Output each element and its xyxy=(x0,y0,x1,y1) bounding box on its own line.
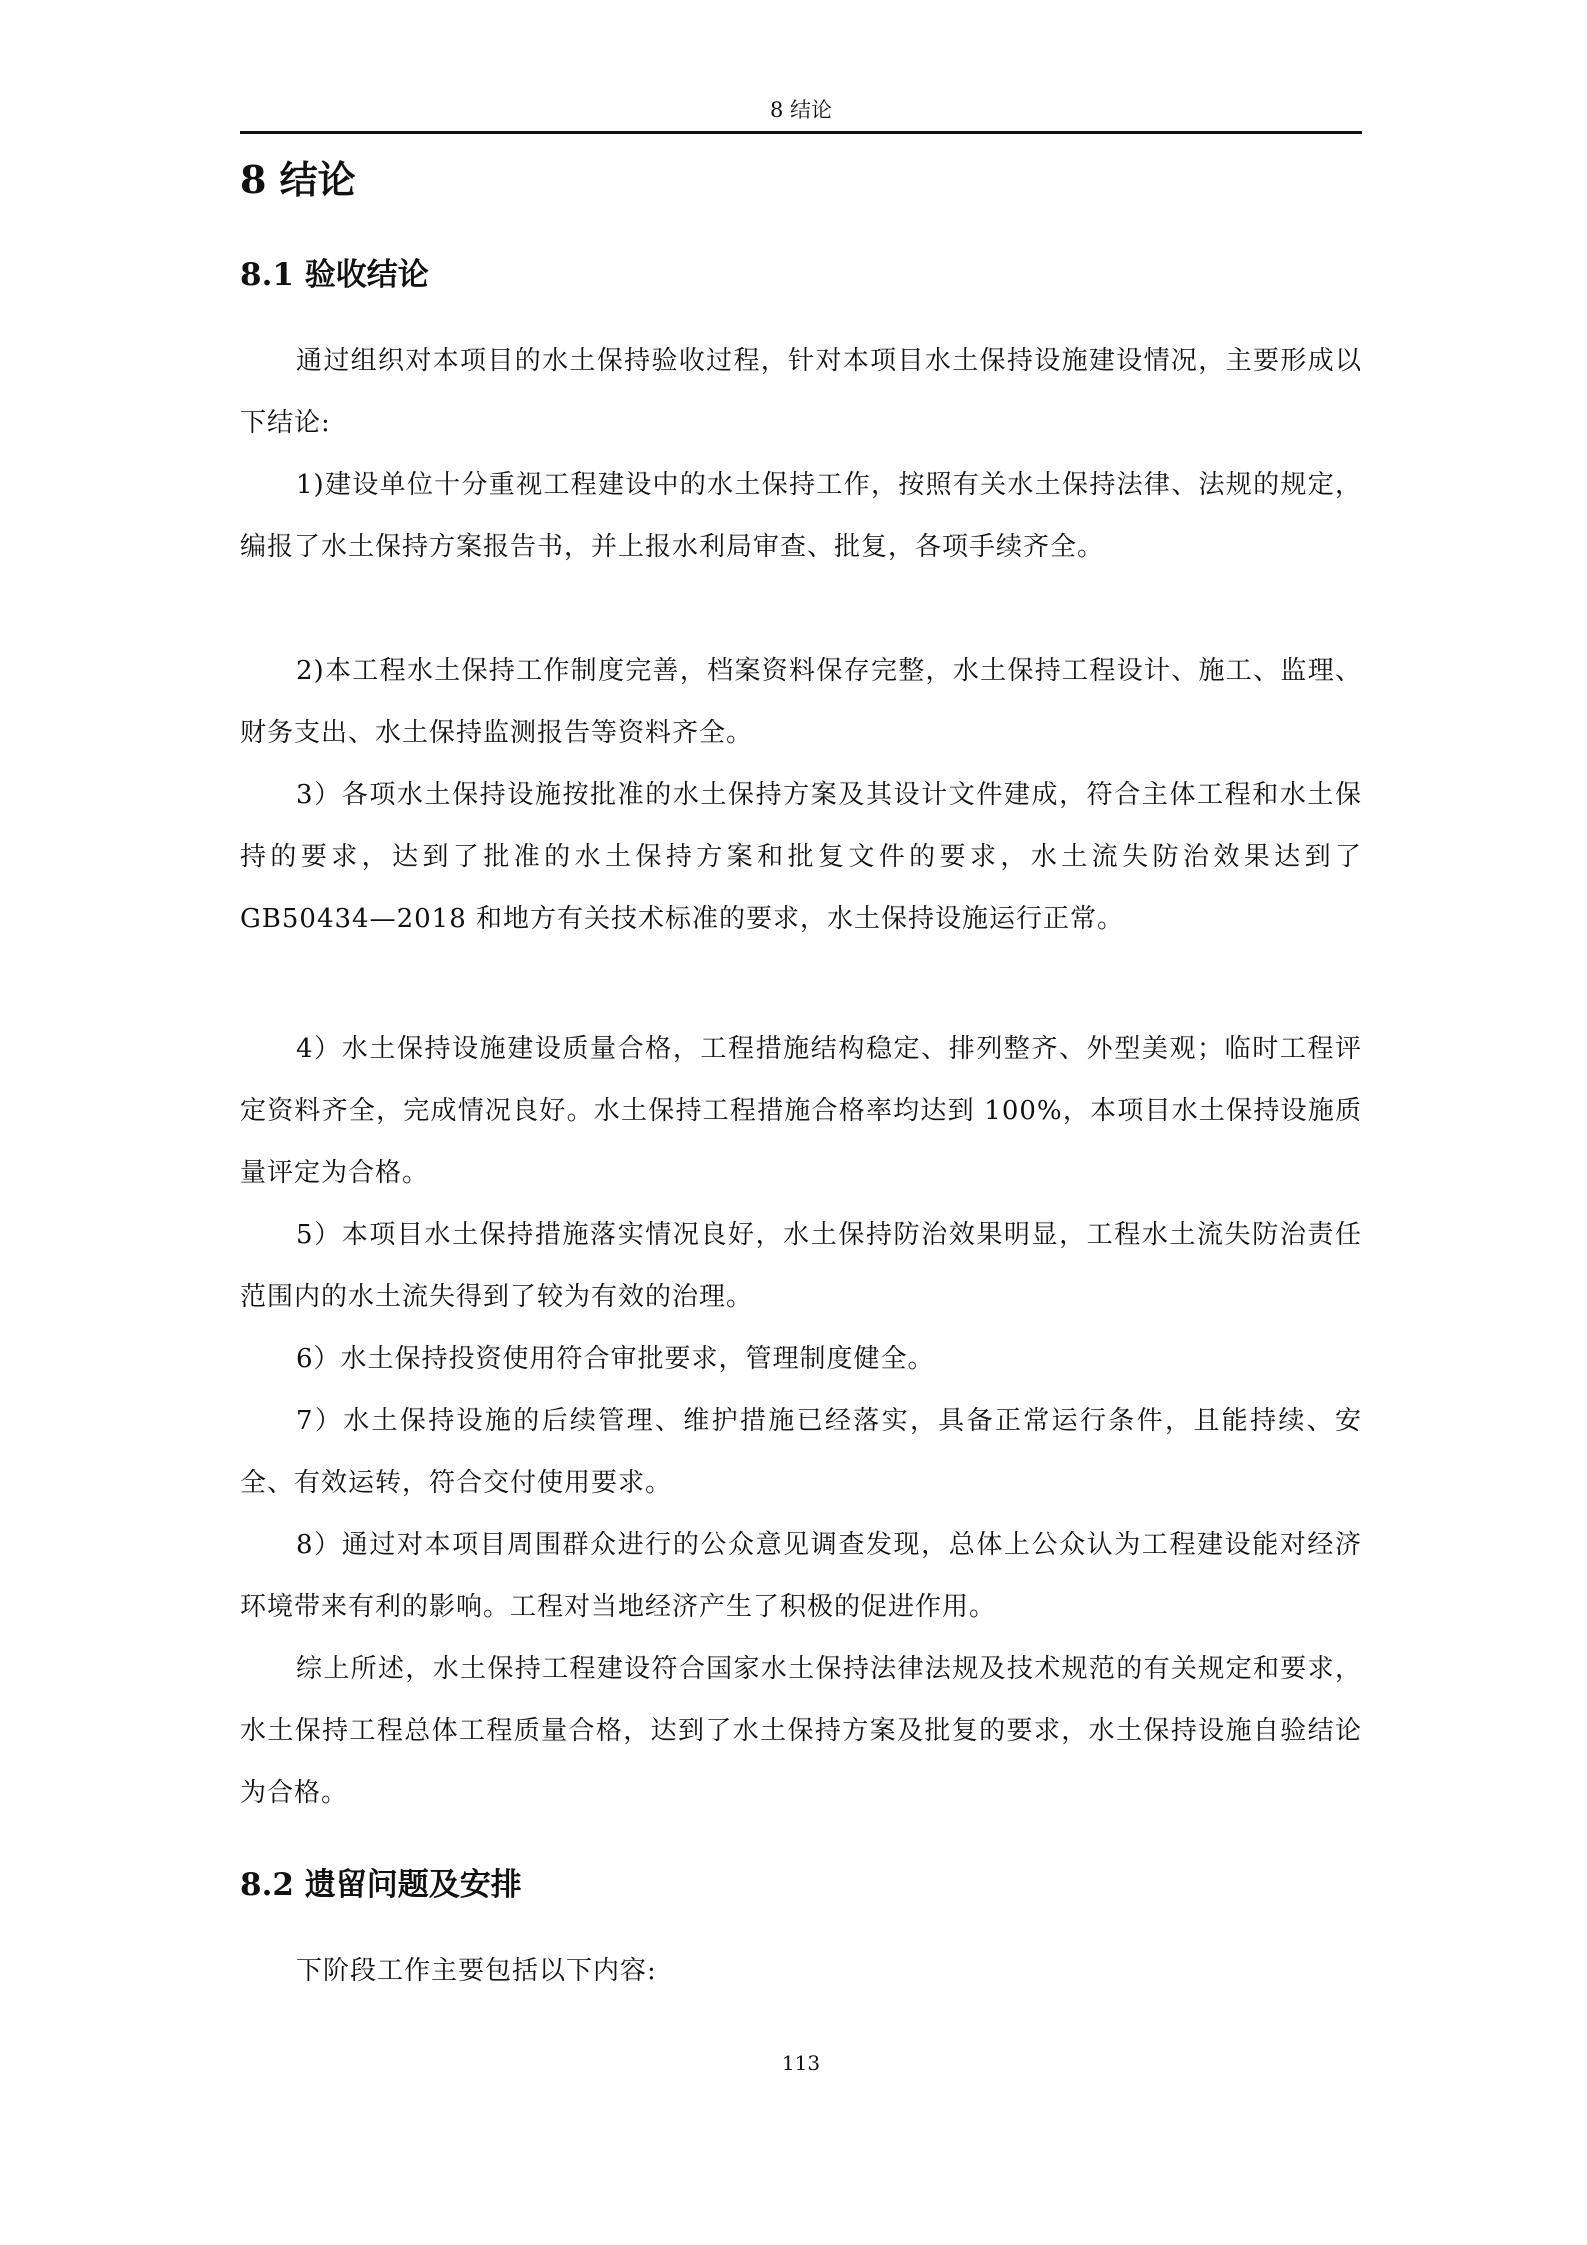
paragraph-item-6: 6）水土保持投资使用符合审批要求，管理制度健全。 xyxy=(240,1328,1362,1390)
running-header: 8 结论 xyxy=(240,96,1362,124)
paragraph-item-7: 7）水土保持设施的后续管理、维护措施已经落实，具备正常运行条件，且能持续、安全、… xyxy=(240,1390,1362,1514)
paragraph-item-1: 1)建设单位十分重视工程建设中的水土保持工作，按照有关水土保持法律、法规的规定，… xyxy=(240,454,1362,578)
chapter-title: 8 结论 xyxy=(240,152,356,208)
section-title-8-2: 8.2 遗留问题及安排 xyxy=(240,1862,522,1908)
paragraph-summary: 综上所述，水土保持工程建设符合国家水土保持法律法规及技术规范的有关规定和要求，水… xyxy=(240,1638,1362,1824)
section-title-8-1: 8.1 验收结论 xyxy=(240,252,429,298)
paragraph-item-3: 3）各项水土保持设施按批准的水土保持方案及其设计文件建成，符合主体工程和水土保持… xyxy=(240,764,1362,950)
paragraph-intro: 通过组织对本项目的水土保持验收过程，针对本项目水土保持设施建设情况，主要形成以下… xyxy=(240,330,1362,454)
paragraph-next-stage: 下阶段工作主要包括以下内容: xyxy=(240,1940,1362,2002)
paragraph-item-2: 2)本工程水土保持工作制度完善，档案资料保存完整，水土保持工程设计、施工、监理、… xyxy=(240,640,1362,764)
page-number: 113 xyxy=(240,2050,1362,2076)
paragraph-item-5: 5）本项目水土保持措施落实情况良好，水土保持防治效果明显，工程水土流失防治责任范… xyxy=(240,1204,1362,1328)
paragraph-item-4: 4）水土保持设施建设质量合格，工程措施结构稳定、排列整齐、外型美观；临时工程评定… xyxy=(240,1018,1362,1204)
paragraph-item-8: 8）通过对本项目周围群众进行的公众意见调查发现，总体上公众认为工程建设能对经济环… xyxy=(240,1514,1362,1638)
header-rule xyxy=(240,131,1362,134)
